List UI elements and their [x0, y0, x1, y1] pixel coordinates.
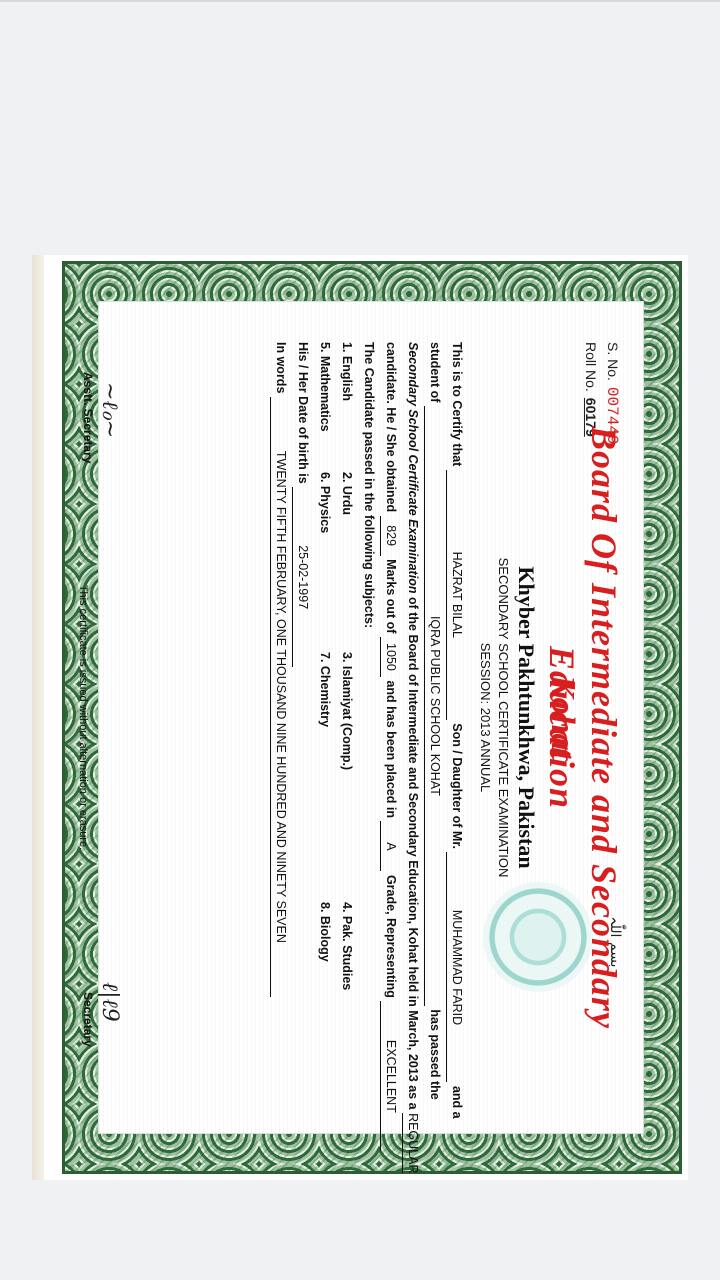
subject-item: 7. Chemistry [315, 652, 335, 727]
father-name: MUHAMMAD FARID [446, 852, 467, 1082]
subject-item: 1. English [337, 342, 357, 401]
school-name: IQRA PUBLIC SCHOOL KOHAT [424, 406, 445, 1006]
marks-row: candidate. He / She obtained 829 Marks o… [379, 342, 401, 1107]
certify-text: This is to Certify that [450, 342, 464, 466]
subjects-row-1: 1. English 2. Urdu 3. Islamiyat (Comp.) … [335, 342, 357, 1107]
grade-text: Grade, Representing [384, 875, 398, 998]
son-daughter-text: Son / Daughter of Mr. [450, 723, 464, 849]
province-title: Khyber Pakhtunkhwa, Pakistan [513, 302, 539, 1133]
has-passed-text: has passed the [428, 1009, 442, 1099]
candidate-type: REGULAR [402, 1113, 423, 1173]
footer-note: This certificate is issued without alter… [77, 302, 89, 1133]
board-city: Kohat [543, 302, 581, 1133]
and-a-text: and a [450, 1086, 464, 1119]
dob-row: His / Her Date of birth is 25-02-1997 [291, 342, 313, 1107]
dob-words-row: In words TWENTY FIFTH FEBRUARY, ONE THOU… [269, 342, 291, 1107]
dob-label: His / Her Date of birth is [296, 342, 310, 484]
exam-line-rest: of the Board of Intermediate and Seconda… [406, 597, 420, 1110]
subject-item: 4. Pak. Studies [337, 902, 357, 990]
secretary-signature: ℓ|ℓ9 [97, 982, 123, 1022]
placed-text: and has been placed in [384, 680, 398, 818]
certify-row: This is to Certify that HAZRAT BILAL Son… [445, 342, 467, 1107]
subject-item: 8. Biology [315, 902, 335, 962]
exam-name: SECONDARY SCHOOL CERTIFICATE EXAMINATION [496, 302, 511, 1133]
candidate-text: candidate. He / She obtained [384, 342, 398, 512]
subject-item: 5. Mathematics [315, 342, 335, 432]
candidate-name: HAZRAT BILAL [446, 470, 467, 720]
grade-description: EXCELLENT [380, 1001, 401, 1151]
grade: A [380, 821, 401, 871]
session: SESSION: 2013 ANNUAL [478, 302, 493, 1133]
certificate-body: This is to Certify that HAZRAT BILAL Son… [269, 342, 467, 1107]
subjects-row-2: 5. Mathematics 6. Physics 7. Chemistry 8… [313, 342, 335, 1107]
asst-secretary-signature: ~ℓℴ~ [97, 382, 123, 438]
total-marks: 1050 [380, 637, 401, 677]
exam-row: Secondary School Certificate Examination… [401, 342, 423, 1107]
marks-out-of-text: Marks out of [384, 559, 398, 633]
marks-obtained: 829 [380, 516, 401, 556]
status-bar-divider [0, 0, 720, 2]
subject-item: 3. Islamiyat (Comp.) [337, 652, 357, 770]
student-of-text: student of [428, 342, 442, 402]
dob-value: 25-02-1997 [292, 487, 313, 667]
subjects-heading-row: The Candidate passed in the following su… [357, 342, 379, 1107]
certificate-document: S. No.007449 Roll No.60179 بِسمِ اللّٰہ … [32, 255, 688, 1180]
exam-line-italic: Secondary School Certificate Examination [406, 342, 420, 593]
dob-words: TWENTY FIFTH FEBRUARY, ONE THOUSAND NINE… [270, 397, 291, 997]
subject-item: 2. Urdu [337, 472, 357, 515]
in-words-label: In words [274, 342, 288, 393]
subject-item: 6. Physics [315, 472, 335, 533]
subjects-heading: The Candidate passed in the following su… [362, 342, 376, 628]
certificate-paper: S. No.007449 Roll No.60179 بِسمِ اللّٰہ … [98, 301, 644, 1134]
student-of-row: student of IQRA PUBLIC SCHOOL KOHAT has … [423, 342, 445, 1107]
certificate-scan: S. No.007449 Roll No.60179 بِسمِ اللّٰہ … [32, 255, 688, 1180]
